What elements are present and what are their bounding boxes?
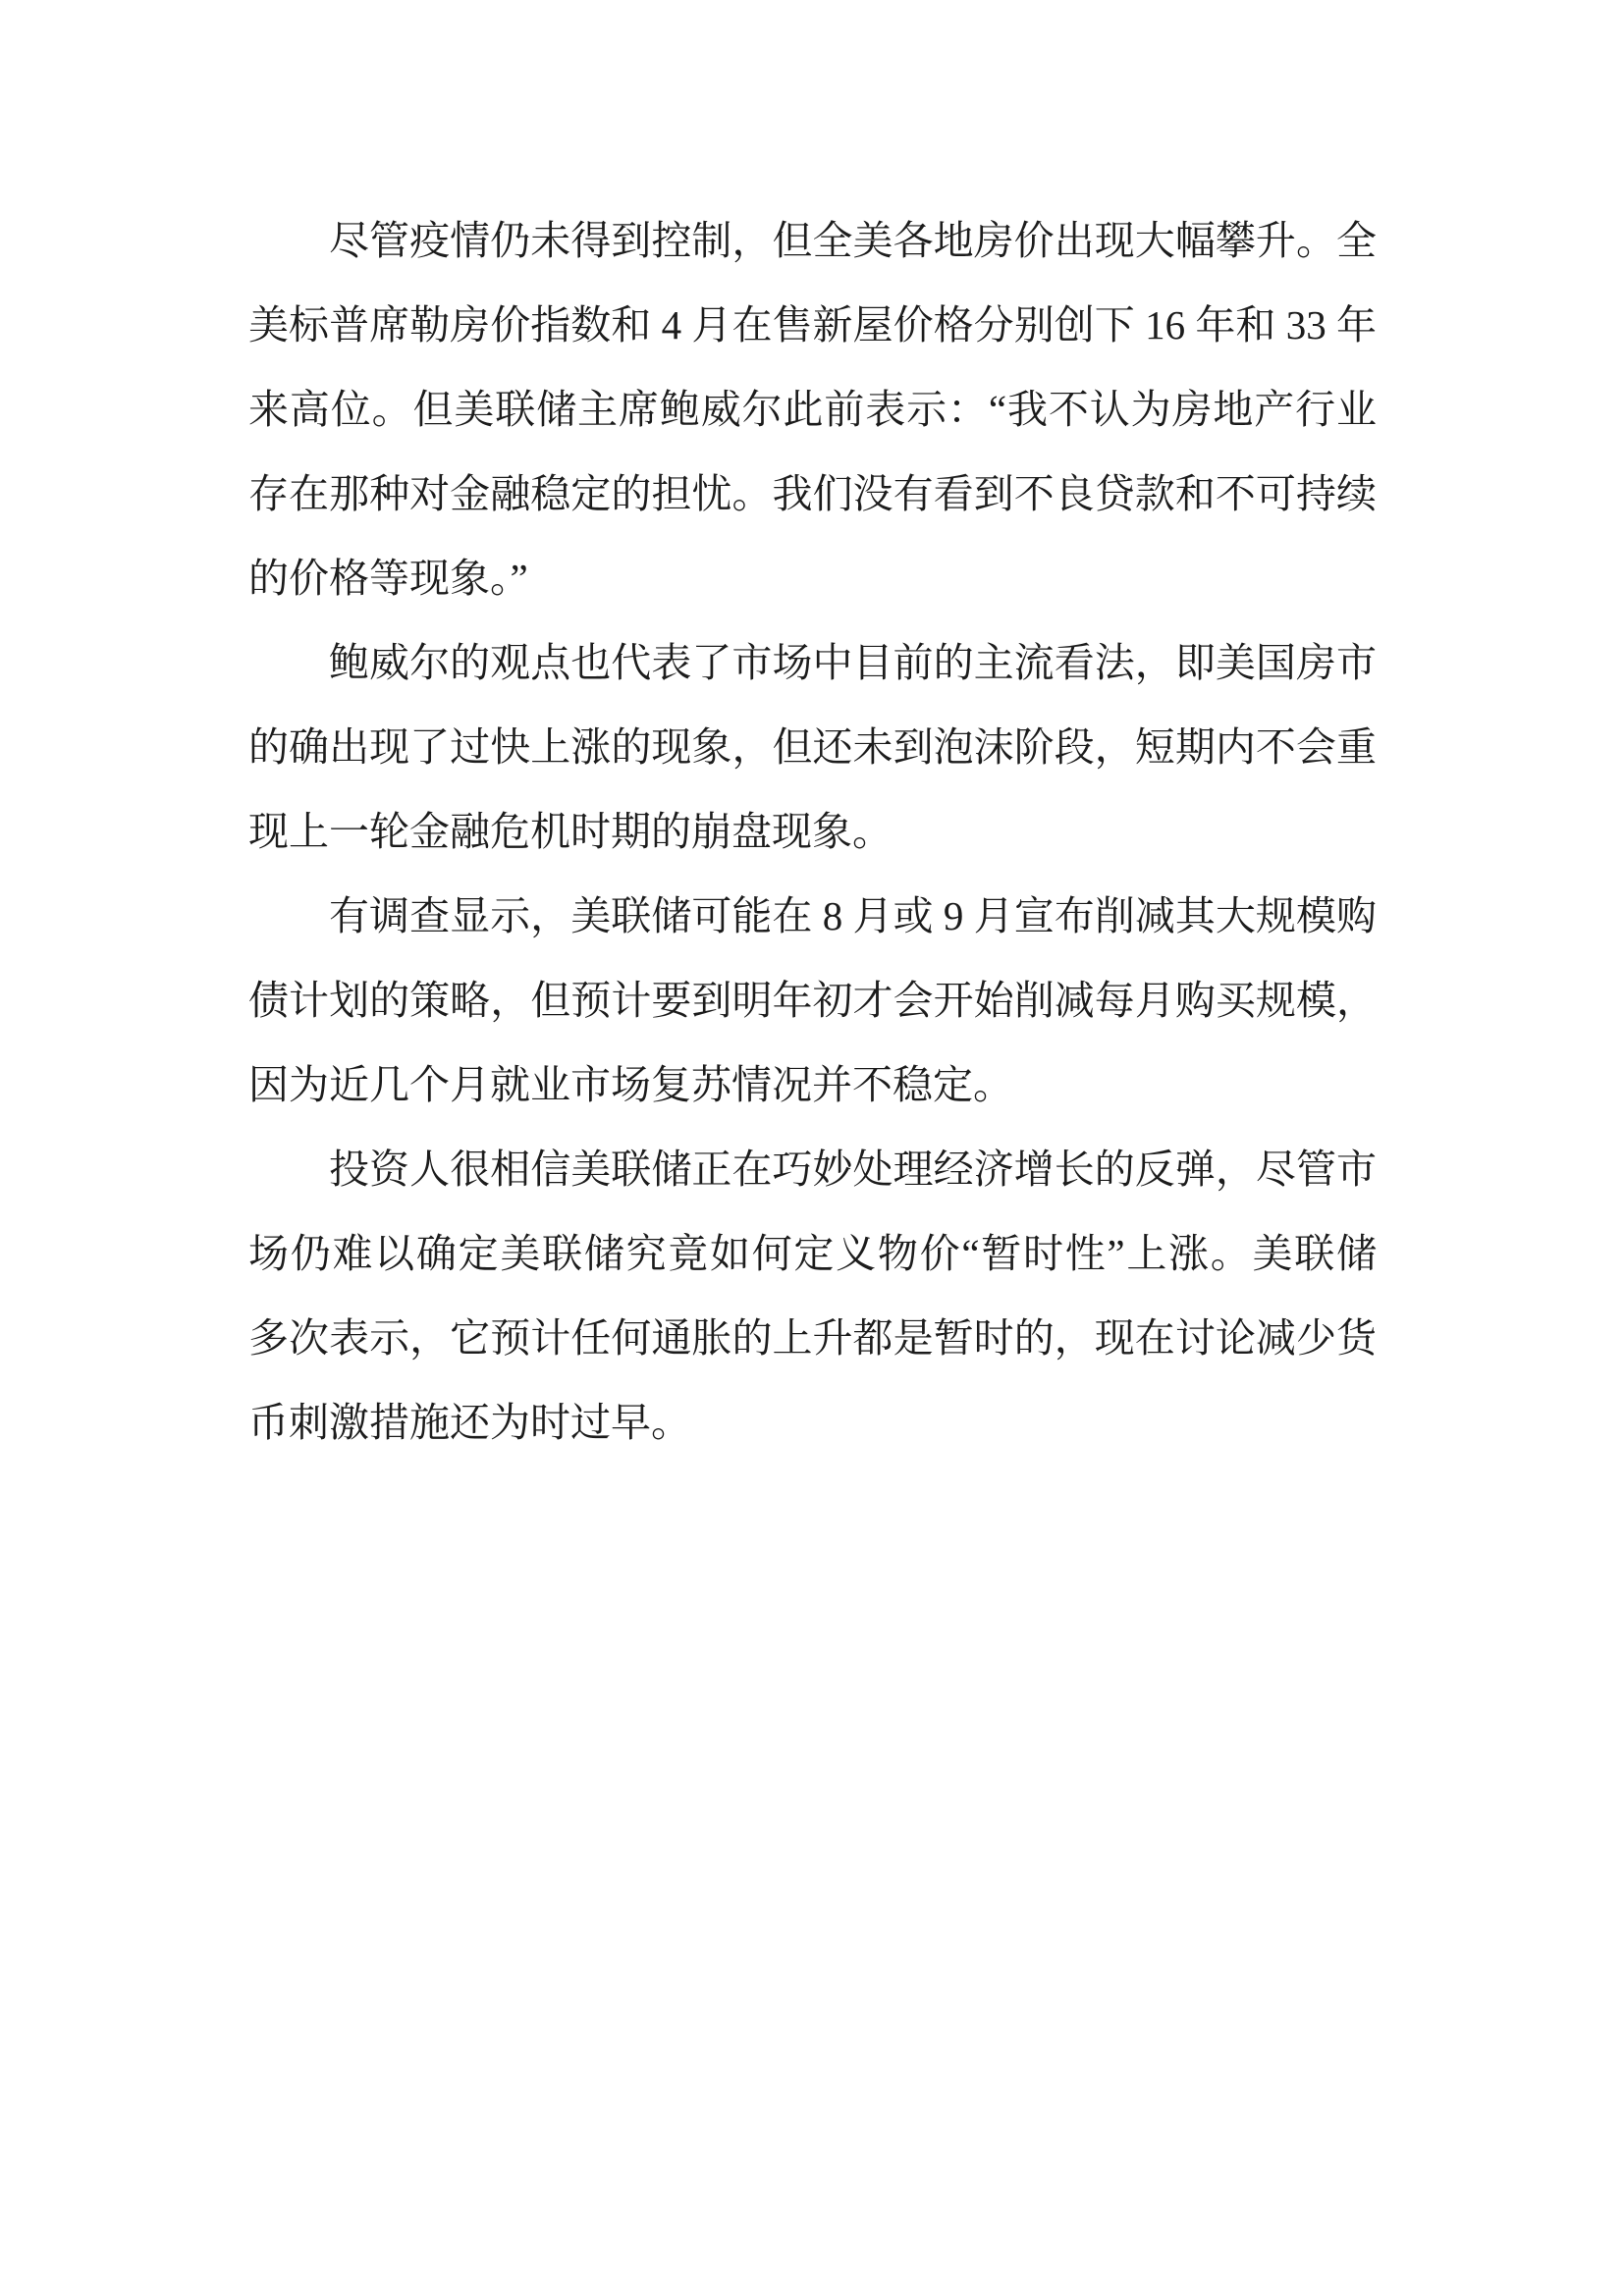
text-line: 尽管疫情仍未得到控制，但全美各地房价出现大幅攀升。全	[248, 198, 1377, 283]
text-line: 币刺激措施还为时过早。	[248, 1380, 1377, 1465]
text-line: 存在那种对金融稳定的担忧。我们没有看到不良贷款和不可持续	[248, 452, 1377, 536]
document-body: 尽管疫情仍未得到控制，但全美各地房价出现大幅攀升。全美标普席勒房价指数和 4 月…	[248, 198, 1377, 1465]
paragraph: 有调查显示，美联储可能在 8 月或 9 月宣布削减其大规模购债计划的策略，但预计…	[248, 874, 1377, 1127]
document-page: 尽管疫情仍未得到控制，但全美各地房价出现大幅攀升。全美标普席勒房价指数和 4 月…	[0, 0, 1624, 2296]
text-line: 多次表示，它预计任何通胀的上升都是暂时的，现在讨论减少货	[248, 1296, 1377, 1380]
text-line: 债计划的策略，但预计要到明年初才会开始削减每月购买规模，	[248, 958, 1377, 1042]
text-line: 来高位。但美联储主席鲍威尔此前表示：“我不认为房地产行业	[248, 367, 1377, 452]
text-line: 鲍威尔的观点也代表了市场中目前的主流看法，即美国房市	[248, 620, 1377, 705]
text-line: 现上一轮金融危机时期的崩盘现象。	[248, 789, 1377, 874]
paragraph: 投资人很相信美联储正在巧妙处理经济增长的反弹，尽管市场仍难以确定美联储究竟如何定…	[248, 1127, 1377, 1465]
text-line: 的确出现了过快上涨的现象，但还未到泡沫阶段，短期内不会重	[248, 705, 1377, 789]
text-line: 投资人很相信美联储正在巧妙处理经济增长的反弹，尽管市	[248, 1127, 1377, 1211]
text-line: 场仍难以确定美联储究竟如何定义物价“暂时性”上涨。美联储	[248, 1211, 1377, 1296]
text-line: 美标普席勒房价指数和 4 月在售新屋价格分别创下 16 年和 33 年	[248, 283, 1377, 367]
text-line: 因为近几个月就业市场复苏情况并不稳定。	[248, 1042, 1377, 1127]
text-line: 有调查显示，美联储可能在 8 月或 9 月宣布削减其大规模购	[248, 874, 1377, 958]
paragraph: 鲍威尔的观点也代表了市场中目前的主流看法，即美国房市的确出现了过快上涨的现象，但…	[248, 620, 1377, 874]
text-line: 的价格等现象。”	[248, 536, 1377, 620]
paragraph: 尽管疫情仍未得到控制，但全美各地房价出现大幅攀升。全美标普席勒房价指数和 4 月…	[248, 198, 1377, 620]
